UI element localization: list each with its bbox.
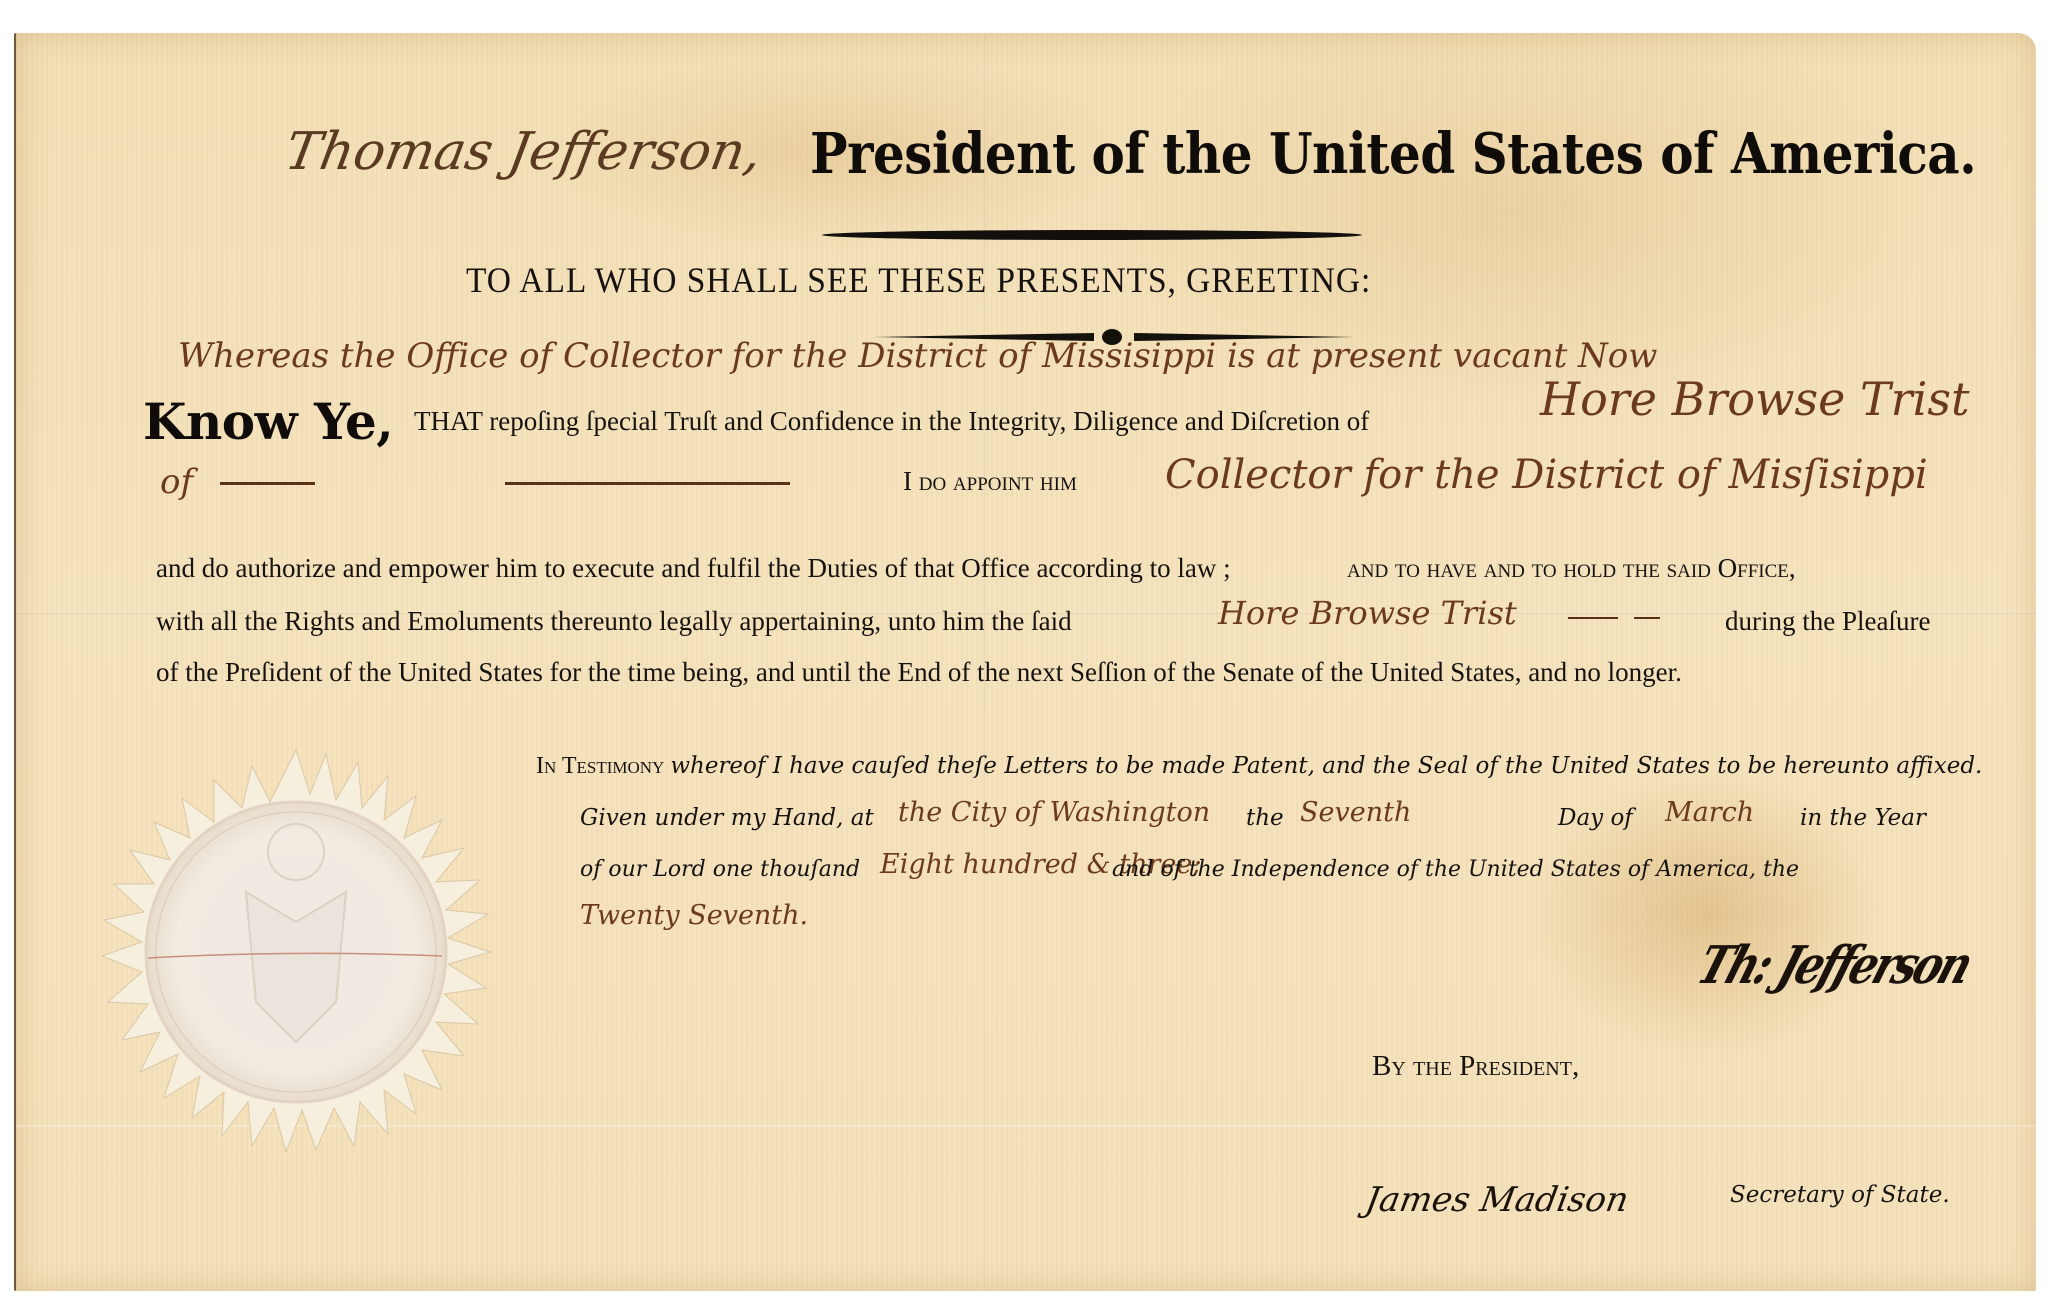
body-line-2-end: during the Pleaſure (1725, 606, 1930, 637)
month-value: March (1665, 797, 1754, 828)
embossed-seal-icon (86, 742, 506, 1162)
by-the-president-text: By the President, (1372, 1050, 1579, 1082)
blank-line (220, 482, 315, 485)
know-ye-heading: Know Ye, (143, 392, 393, 451)
day-of-label: Day of (1558, 805, 1633, 831)
by-the-president-label: By the President, (1372, 1050, 1579, 1083)
secretary-signature: James Madison (1362, 1180, 1631, 1220)
header-divider-rule (822, 230, 1362, 240)
of-label: of (160, 462, 193, 502)
the-label: the (1246, 805, 1284, 831)
testimony-line: In Testimony whereof I have cauſed theſe… (536, 753, 1982, 780)
appointee-name-repeat: Hore Browse Trist (1218, 594, 1517, 632)
appointee-name: Hore Browse Trist (1540, 372, 1969, 426)
body-line-3: of the Preſident of the United States fo… (156, 657, 1682, 688)
given-under-label: Given under my Hand, at (580, 805, 874, 831)
office-title: President of the United States of Americ… (810, 120, 1976, 186)
body-line-2: with all the Rights and Emoluments there… (156, 606, 1072, 637)
year-of-lord-label: of our Lord one thouſand (580, 857, 860, 882)
body-line-1: and do authorize and empower him to exec… (156, 553, 1231, 584)
testimony-text: whereof I have cauſed theſe Letters to b… (670, 753, 1982, 779)
independence-label: and of the Independence of the United St… (1112, 857, 1799, 882)
body-line-1-habendum: and to have and to hold the ſaid Office, (1347, 553, 1796, 584)
independence-year-value: Twenty Seventh. (580, 900, 808, 931)
blank-line (1634, 617, 1660, 619)
blank-line (1568, 617, 1618, 619)
whereas-clause: Whereas the Office of Collector for the … (178, 336, 1657, 376)
appoint-text: I do appoint him (903, 466, 1077, 497)
day-value: Seventh (1300, 797, 1411, 828)
greeting-heading: TO ALL WHO SHALL SEE THESE PRESENTS, GRE… (466, 259, 1371, 301)
place-of-signing: the City of Washington (898, 797, 1210, 828)
president-signature: Th: Jefferson (1690, 935, 1978, 996)
in-the-year-label: in the Year (1800, 805, 1926, 831)
handwritten-president-name: Thomas Jefferson, (281, 122, 767, 182)
reposing-text: THAT repoſing ſpecial Truſt and Confiden… (414, 406, 1369, 437)
secretary-title: Secretary of State. (1730, 1182, 1950, 1208)
in-testimony-label: In Testimony (536, 753, 664, 779)
appointed-office: Collector for the District of Misſisippi (1165, 452, 1928, 498)
blank-line (505, 482, 790, 485)
